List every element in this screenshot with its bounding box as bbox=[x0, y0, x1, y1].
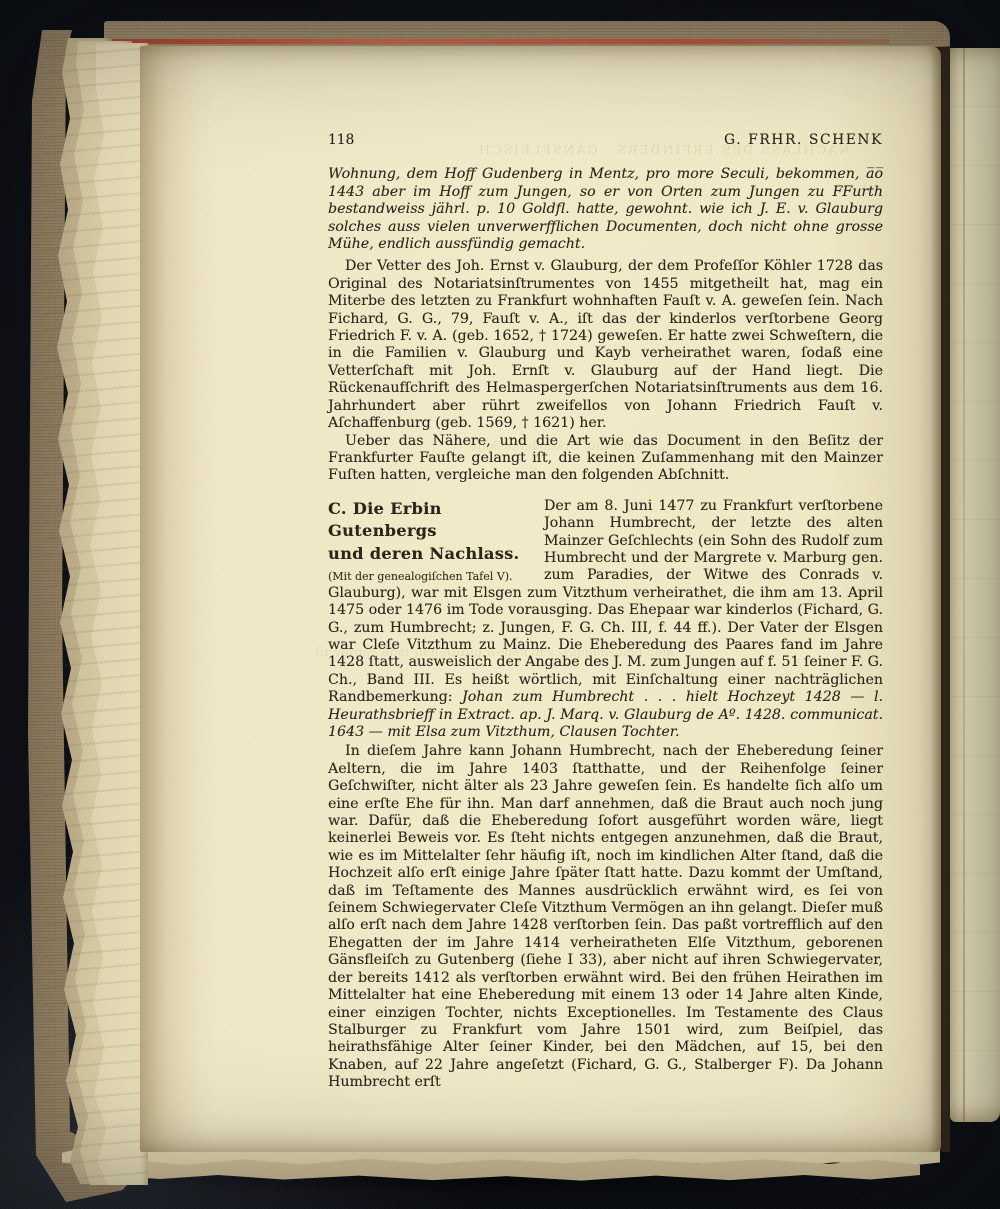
book-page: NACHLASS DES ERFINDERS · GÄNSFLEISCH Gru… bbox=[140, 46, 941, 1152]
running-head: G. FRHR. SCHENK bbox=[724, 132, 883, 149]
facing-page-crease bbox=[963, 48, 965, 1122]
section-heading-line2: und deren Nachlass. bbox=[328, 543, 532, 566]
page-number: 118 bbox=[328, 132, 354, 149]
section-c-die-erbin-gutenbergs: C. Die Erbin Gutenbergs und deren Nachla… bbox=[328, 498, 883, 742]
section-heading-block: C. Die Erbin Gutenbergs und deren Nachla… bbox=[328, 498, 544, 585]
text-column: 118 G. FRHR. SCHENK Wohnung, dem Hoff Gu… bbox=[328, 132, 883, 1092]
paragraph-in-diesem-jahre: In dieſem Jahre kann Johann Humbrecht, n… bbox=[328, 743, 883, 1091]
facing-page-strip bbox=[950, 48, 1000, 1122]
page-header: 118 G. FRHR. SCHENK bbox=[328, 132, 883, 149]
section-heading-line1: C. Die Erbin Gutenbergs bbox=[328, 498, 532, 543]
paragraph-vetter: Der Vetter des Joh. Ernst v. Glauburg, d… bbox=[328, 258, 883, 432]
red-stained-page-top-edge bbox=[112, 39, 890, 44]
photo-backdrop: NACHLASS DES ERFINDERS · GÄNSFLEISCH Gru… bbox=[0, 0, 1000, 1209]
quoted-source-passage: Wohnung, dem Hoff Gudenberg in Mentz, pr… bbox=[328, 166, 883, 253]
paragraph-ueber-das-naehere: Ueber das Nähere, und die Art wie das Do… bbox=[328, 433, 883, 485]
section-subnote: (Mit der genealogiſchen Tafel V). bbox=[328, 570, 532, 584]
facing-page-bleed-lines bbox=[950, 48, 1000, 1122]
